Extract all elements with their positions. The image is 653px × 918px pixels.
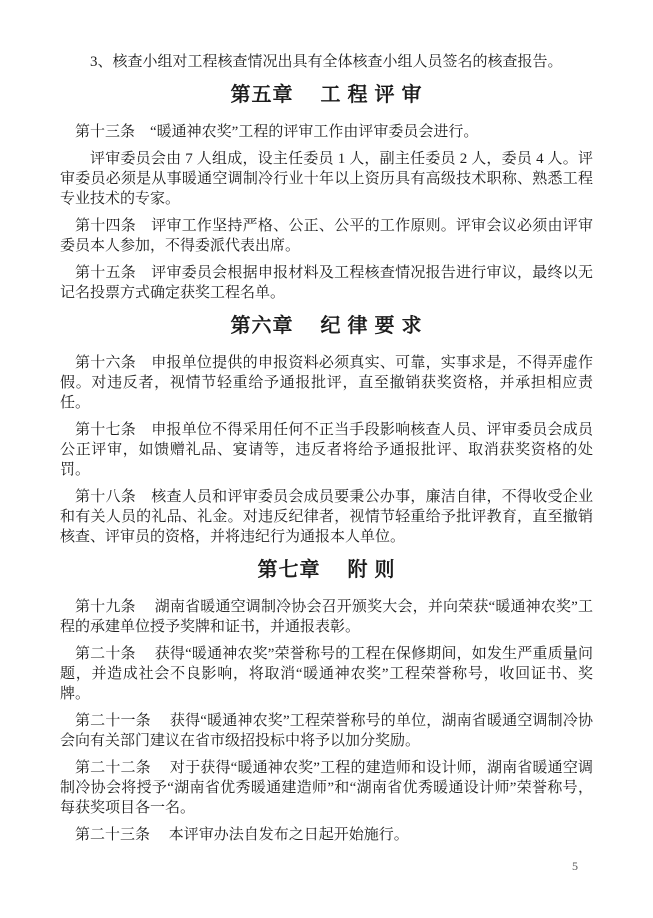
para-committee-makeup: 评审委员会由 7 人组成，设主任委员 1 人，副主任委员 2 人，委员 4 人。… xyxy=(60,149,593,209)
document-page: 3、核查小组对工程核查情况出具有全体核查小组人员签名的核查报告。 第五章 工 程… xyxy=(0,0,653,918)
chapter-5-heading: 第五章 工 程 评 审 xyxy=(60,82,593,108)
para-article-20: 第二十条 获得“暖通神农奖”荣誉称号的工程在保修期间，如发生严重质量问题，并造成… xyxy=(60,644,593,704)
para-article-13: 第十三条 “暖通神农奖”工程的评审工作由评审委员会进行。 xyxy=(60,122,593,142)
para-article-23: 第二十三条 本评审办法自发布之日起开始施行。 xyxy=(60,825,593,845)
para-article-17: 第十七条 申报单位不得采用任何不正当手段影响核查人员、评审委员会成员公正评审，如… xyxy=(60,420,593,480)
para-article-15: 第十五条 评审委员会根据申报材料及工程核查情况报告进行审议，最终以无记名投票方式… xyxy=(60,263,593,303)
para-article-18: 第十八条 核查人员和评审委员会成员要秉公办事，廉洁自律，不得收受企业和有关人员的… xyxy=(60,487,593,547)
para-article-16: 第十六条 申报单位提供的申报资料必须真实、可靠，实事求是，不得弄虚作假。对违反者… xyxy=(60,353,593,413)
para-article-22: 第二十二条 对于获得“暖通神农奖”工程的建造师和设计师，湖南省暖通空调制冷协会将… xyxy=(60,758,593,818)
chapter-6-heading: 第六章 纪 律 要 求 xyxy=(60,313,593,339)
para-article-21: 第二十一条 获得“暖通神农奖”工程荣誉称号的单位，湖南省暖通空调制冷协会向有关部… xyxy=(60,711,593,751)
chapter-7-heading: 第七章 附 则 xyxy=(60,557,593,583)
para-article-19: 第十九条 湖南省暖通空调制冷协会召开颁奖大会，并向荣获“暖通神农奖”工程的承建单… xyxy=(60,597,593,637)
para-checklist-item-3: 3、核查小组对工程核查情况出具有全体核查小组人员签名的核查报告。 xyxy=(60,52,593,72)
page-number: 5 xyxy=(572,858,578,874)
para-article-14: 第十四条 评审工作坚持严格、公正、公平的工作原则。评审会议必须由评审委员本人参加… xyxy=(60,216,593,256)
